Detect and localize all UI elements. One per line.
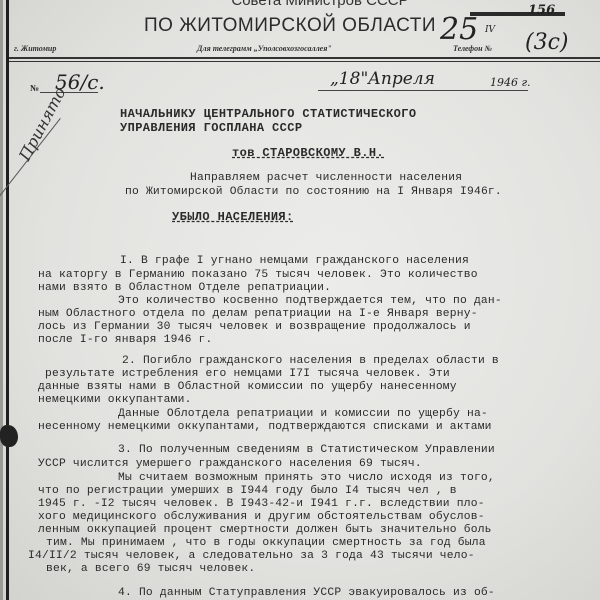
body-line: несенному немецкими оккупантами, подтвер… — [38, 422, 492, 433]
body-line: 1945 г. -I2 тысяч человек. В I943-42-и I… — [38, 499, 485, 510]
intro-line-1: Направляем расчет численности населения — [190, 173, 462, 184]
body-line: УССР числится умершего гражданского насе… — [38, 459, 422, 470]
registration-stamp-sub: IV — [485, 25, 495, 35]
addressee-name: тов СТАРОВСКОМУ В.Н. — [232, 147, 384, 159]
letterhead-ministry: Совета Министров СССР — [170, 0, 470, 9]
body-line: I4/II/2 тысяч человек, а следовательно з… — [28, 551, 475, 562]
registration-stamp-number: 25 — [440, 12, 478, 47]
document-page: Совета Министров СССР ПО ЖИТОМИРСКОЙ ОБЛ… — [0, 0, 600, 600]
letterhead-telegram: Для телеграмм „Уполсовхозгосаллея" — [197, 44, 332, 53]
body-line: что по регистрации умерших в I944 году б… — [38, 486, 457, 497]
body-line: 2. Погибло гражданского населения в пред… — [122, 356, 499, 367]
binding-thread-knot — [0, 425, 18, 447]
date-underline — [318, 90, 528, 91]
body-line: Мы считаем возможным принять это число и… — [118, 473, 495, 484]
intro-line-2: по Житомирской Области по состоянию на I… — [125, 187, 502, 198]
letterhead-region: ПО ЖИТОМИРСКОЙ ОБЛАСТИ — [130, 15, 450, 37]
registration-stamp-code: 156 — [528, 3, 555, 18]
body-line: Это количество косвенно подтверждается т… — [118, 296, 502, 307]
body-line: на каторгу в Германию показано 75 тысяч … — [38, 270, 478, 281]
date-month: Апреля — [368, 69, 435, 89]
body-line: хого медицинского обслуживания и другим … — [38, 512, 485, 523]
registration-stamp-paren: (3с) — [525, 30, 568, 55]
letterhead-rule-thin — [9, 61, 600, 62]
letterhead-rule — [9, 57, 600, 59]
body-line: ленным оккупацией процент смертности дол… — [38, 525, 492, 536]
body-line: немецкими оккупантами. — [38, 395, 192, 406]
body-line: Данные Облотдела репатриации и комиссии … — [118, 409, 488, 420]
page-edge — [0, 0, 3, 600]
body-line: результате истребления его немцами I7I т… — [45, 369, 450, 380]
date-year: 1946 г. — [490, 76, 531, 89]
binding-line — [6, 0, 9, 600]
margin-handwritten-note: Принято — [15, 84, 70, 164]
doc-number-label: № — [30, 83, 39, 93]
addressee-line-1: НАЧАЛЬНИКУ ЦЕНТРАЛЬНОГО СТАТИСТИЧЕСКОГО — [120, 108, 416, 120]
body-line: 4. По данным Статуправления УССР эвакуир… — [118, 588, 495, 599]
addressee-line-2: УПРАВЛЕНИЯ ГОСПЛАНА СССР — [120, 122, 302, 134]
section-title: УБЫЛО НАСЕЛЕНИЯ: — [172, 211, 294, 223]
body-line: данные взяты нами в Областной комиссии п… — [38, 382, 457, 393]
date-day: „18" — [330, 69, 368, 89]
letterhead-city: г. Житомир — [14, 44, 56, 53]
body-line: 3. По полученным сведениям в Статистичес… — [118, 445, 495, 456]
body-line: I. В графе I угнано немцами гражданского… — [120, 256, 469, 267]
body-line: ным Областного отдела по делам репатриац… — [38, 309, 478, 320]
body-line: тим. Мы принимаем , что в годы оккупации… — [46, 538, 486, 549]
body-line: нами взято в Областном Отделе репатриаци… — [38, 283, 331, 294]
body-line: лось из Германии 30 тысяч человек и возв… — [38, 322, 471, 333]
body-line: после I-го января 1946 г. — [38, 335, 212, 346]
body-line: век, а всего 69 тысяч человек. — [46, 564, 255, 575]
